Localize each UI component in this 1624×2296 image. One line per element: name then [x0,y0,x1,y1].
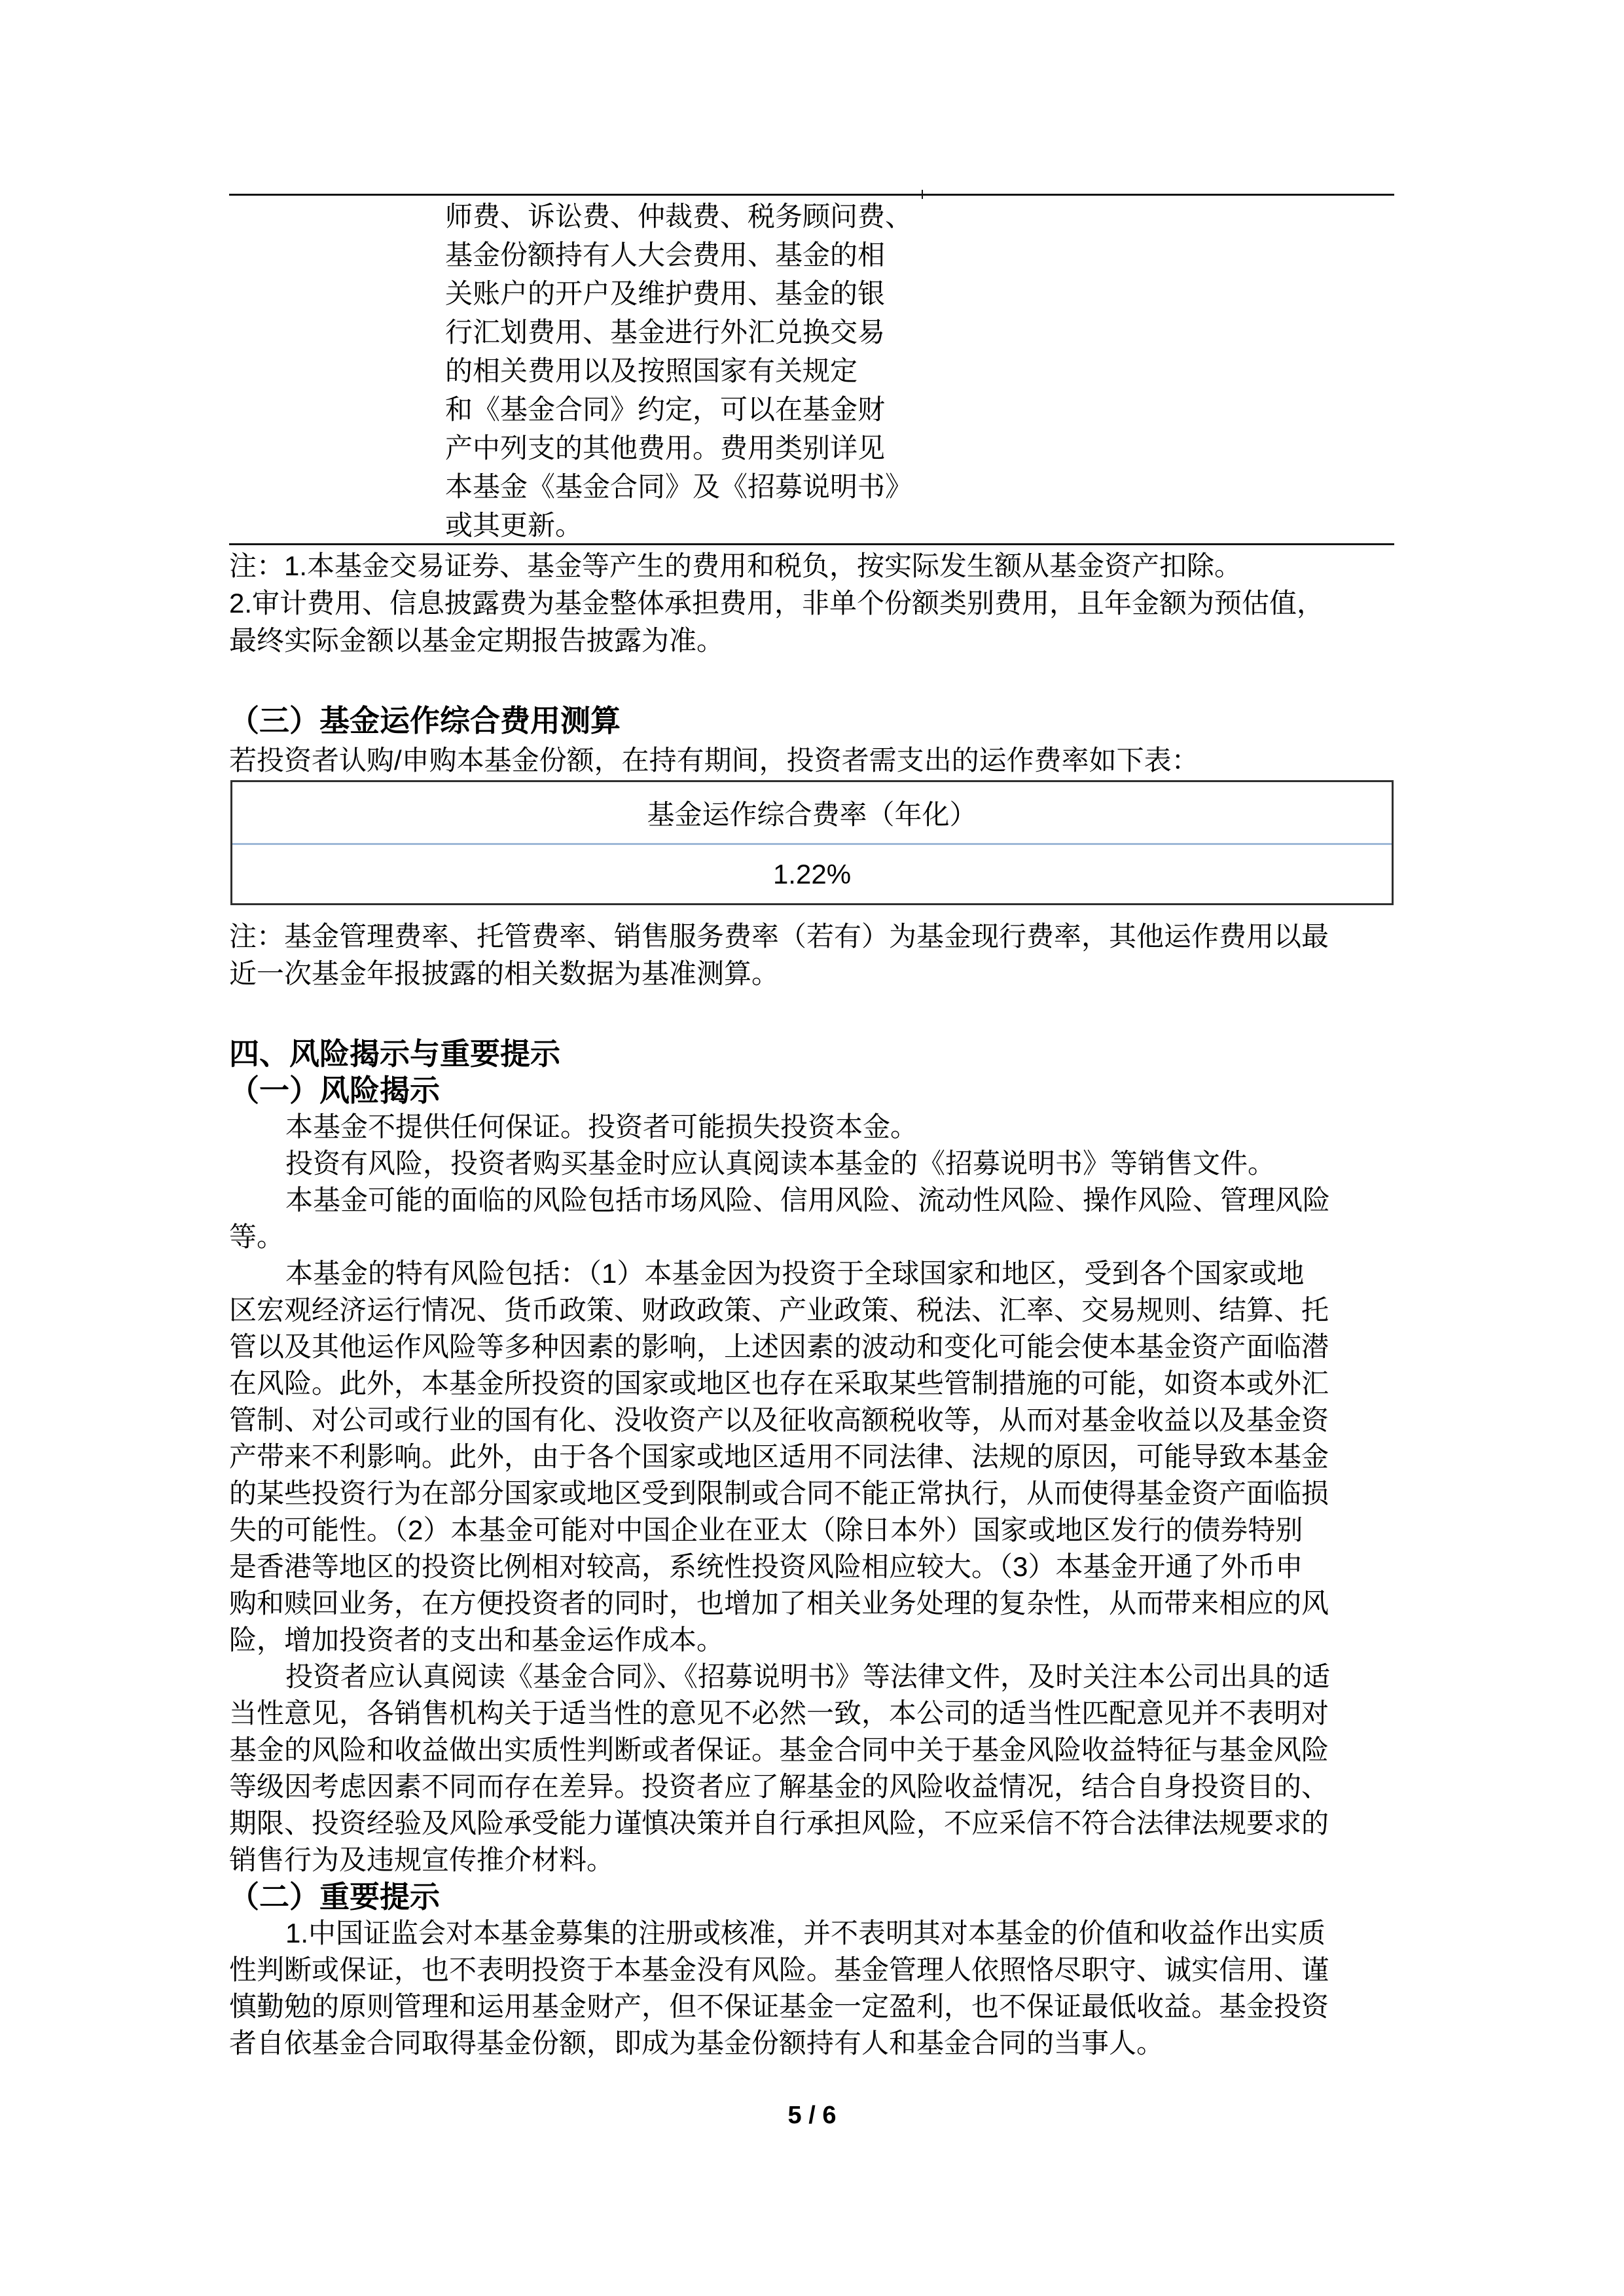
fee-rate-table: 基金运作综合费率（年化） 1.22% [230,780,1394,905]
section-heading-fee-calculation: （三）基金运作综合费用测算 [229,702,1414,740]
table-notes: 注：1.本基金交易证券、基金等产生的费用和税负，按实际发生额从基金资产扣除。 2… [229,547,1414,659]
risk-paragraph-1: 本基金不提供任何保证。投资者可能损失投资本金。 [229,1109,1414,1145]
subsection-heading-important-notes: （二）重要提示 [229,1878,1414,1915]
table-bottom-rule [229,543,1394,545]
fee-calculation-intro: 若投资者认购/申购本基金份额，在持有期间，投资者需支出的运作费率如下表： [229,742,1414,779]
subsection-heading-risk-disclosure: （一）风险揭示 [229,1072,1414,1109]
risk-paragraph-4: 本基金的特有风险包括：（1）本基金因为投资于全球国家和地区，受到各个国家或地 区… [229,1255,1414,1659]
risk-paragraph-3: 本基金可能的面临的风险包括市场风险、信用风险、流动性风险、操作风险、管理风险 等… [229,1182,1414,1255]
document-page: 师费、诉讼费、仲裁费、税务顾问费、 基金份额持有人大会费用、基金的相 关账户的开… [0,0,1624,2296]
fee-rate-table-header: 基金运作综合费率（年化） [232,782,1392,845]
risk-section: 四、风险揭示与重要提示 （一）风险揭示 本基金不提供任何保证。投资者可能损失投资… [229,1035,1414,2062]
risk-paragraph-5: 投资者应认真阅读《基金合同》、《招募说明书》等法律文件，及时关注本公司出具的适 … [229,1659,1414,1878]
fee-rate-table-value: 1.22% [232,845,1392,903]
important-notes-paragraph: 1.中国证监会对本基金募集的注册或核准，并不表明其对本基金的价值和收益作出实质 … [229,1915,1414,2062]
section-heading-risk: 四、风险揭示与重要提示 [229,1035,1414,1072]
continued-table-cell-text: 师费、诉讼费、仲裁费、税务顾问费、 基金份额持有人大会费用、基金的相 关账户的开… [445,197,1008,545]
page-number: 5 / 6 [0,2096,1624,2135]
risk-paragraph-2: 投资有风险，投资者购买基金时应认真阅读本基金的《招募说明书》等销售文件。 [229,1145,1414,1182]
fee-rate-table-note: 注：基金管理费率、托管费率、销售服务费率（若有）为基金现行费率，其他运作费用以最… [229,918,1414,992]
table-top-rule [229,194,1394,196]
